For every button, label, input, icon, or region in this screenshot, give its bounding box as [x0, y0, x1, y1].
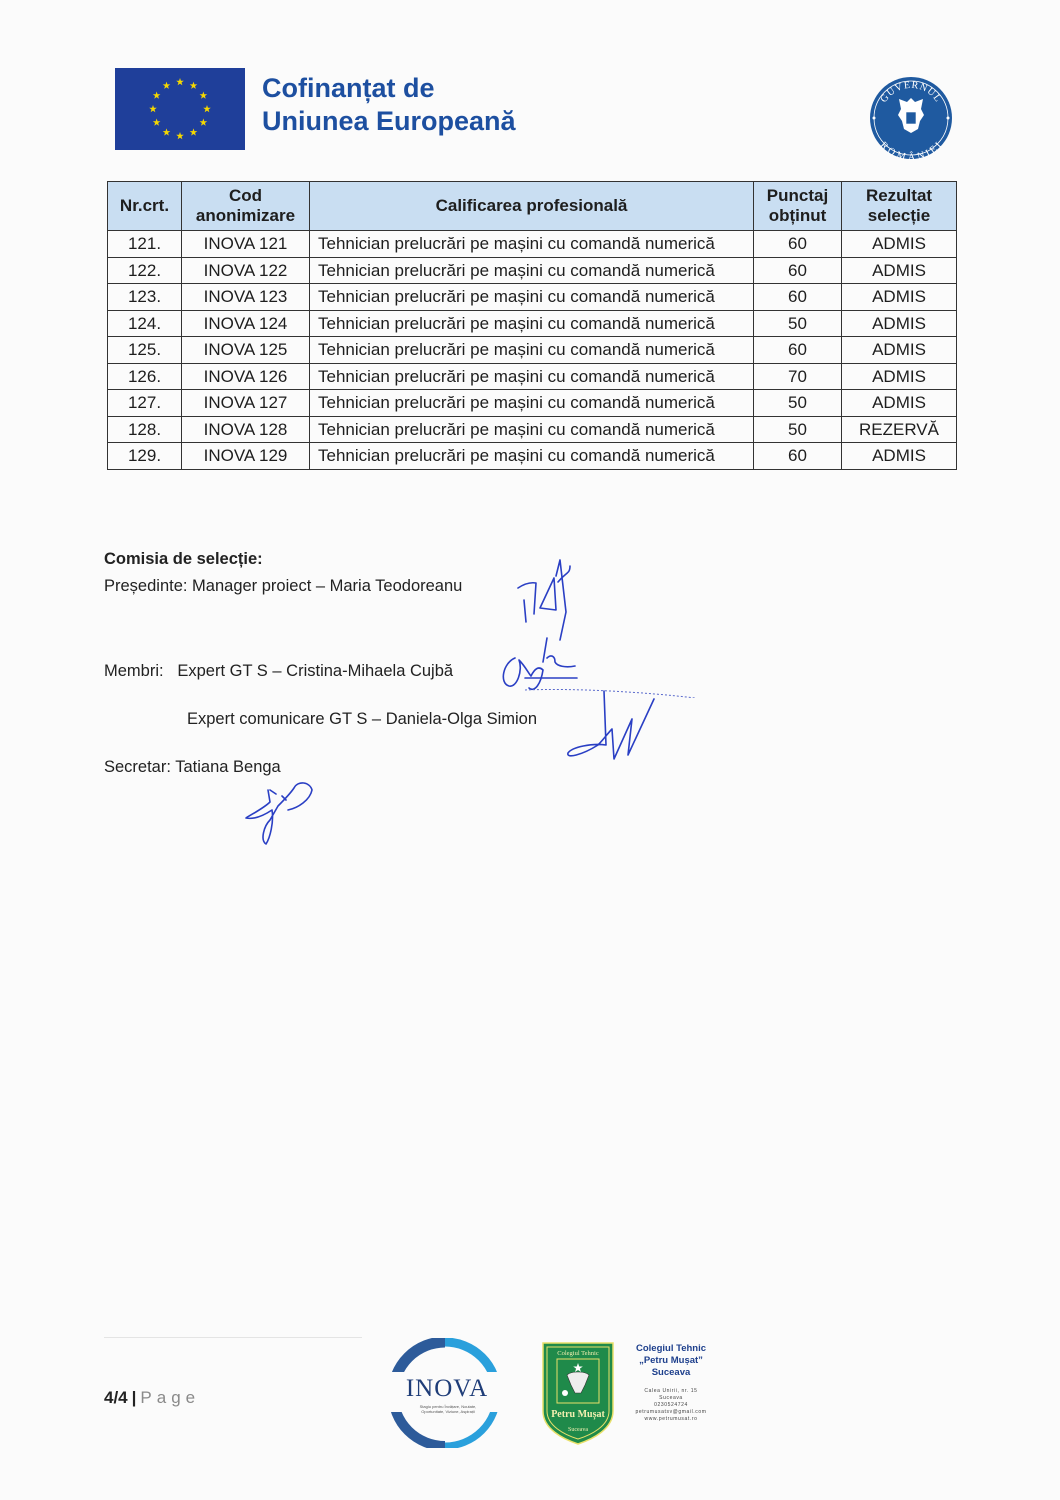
cell-nr: 125. [108, 337, 182, 364]
cell-punctaj: 50 [754, 416, 842, 443]
eu-stars-icon [115, 68, 245, 150]
cell-cod: INOVA 128 [182, 416, 310, 443]
cell-rezultat: REZERVĂ [842, 416, 957, 443]
school-name: Colegiul Tehnic „Petru Mușat” Suceava [628, 1343, 714, 1379]
header-rezultat: Rezultatselecție [842, 182, 957, 231]
cell-cod: INOVA 129 [182, 443, 310, 470]
cell-calificare: Tehnician prelucrări pe mașini cu comand… [310, 310, 754, 337]
table-row: 124.INOVA 124Tehnician prelucrări pe maș… [108, 310, 957, 337]
cell-rezultat: ADMIS [842, 257, 957, 284]
cell-cod: INOVA 126 [182, 363, 310, 390]
page-word: Page [140, 1388, 200, 1407]
table-row: 125.INOVA 125Tehnician prelucrări pe maș… [108, 337, 957, 364]
cell-punctaj: 50 [754, 390, 842, 417]
eu-text-line2: Uniunea Europeană [262, 105, 516, 138]
school-phone: 0230524724 [624, 1402, 718, 1409]
cell-nr: 129. [108, 443, 182, 470]
committee-member-1: Membri: Expert GT S – Cristina-Mihaela C… [104, 662, 453, 681]
cell-rezultat: ADMIS [842, 337, 957, 364]
page-current: 4/4 [104, 1388, 128, 1407]
cell-punctaj: 60 [754, 231, 842, 258]
cell-rezultat: ADMIS [842, 363, 957, 390]
cell-rezultat: ADMIS [842, 310, 957, 337]
cell-calificare: Tehnician prelucrări pe mașini cu comand… [310, 231, 754, 258]
cell-calificare: Tehnician prelucrări pe mașini cu comand… [310, 284, 754, 311]
eu-cofinancing-text: Cofinanțat de Uniunea Europeană [262, 72, 516, 138]
svg-text:Suceava: Suceava [568, 1427, 588, 1433]
table-row: 121.INOVA 121Tehnician prelucrări pe maș… [108, 231, 957, 258]
svg-text:Colegiul Tehnic: Colegiul Tehnic [557, 1350, 599, 1357]
footer-divider [104, 1337, 362, 1338]
page-separator: | [132, 1388, 137, 1407]
table-row: 122.INOVA 122Tehnician prelucrări pe maș… [108, 257, 957, 284]
cell-punctaj: 50 [754, 310, 842, 337]
cell-cod: INOVA 123 [182, 284, 310, 311]
header-cod: Codanonimizare [182, 182, 310, 231]
cell-cod: INOVA 124 [182, 310, 310, 337]
cell-nr: 126. [108, 363, 182, 390]
signature-member-2-icon [562, 685, 662, 765]
cell-punctaj: 60 [754, 257, 842, 284]
romanian-government-seal-icon: GUVERNUL ROMÂNIEI [857, 76, 965, 160]
cell-cod: INOVA 125 [182, 337, 310, 364]
table-row: 127.INOVA 127Tehnician prelucrări pe maș… [108, 390, 957, 417]
svg-text:Petru Mușat: Petru Mușat [551, 1409, 605, 1420]
table-row: 128.INOVA 128Tehnician prelucrări pe maș… [108, 416, 957, 443]
cell-nr: 121. [108, 231, 182, 258]
school-shield-logo-icon: Colegiul Tehnic Petru Mușat Suceava [541, 1341, 615, 1445]
school-contact-info: Calea Unirii, nr. 15 Suceava 0230524724 … [624, 1388, 718, 1423]
cell-calificare: Tehnician prelucrări pe mașini cu comand… [310, 363, 754, 390]
cell-punctaj: 60 [754, 337, 842, 364]
committee-title: Comisia de selecție: [104, 550, 263, 569]
table-row: 129.INOVA 129Tehnician prelucrări pe maș… [108, 443, 957, 470]
inova-tagline: Stagiu pentru Învățare, Noutate, Oportun… [408, 1404, 488, 1414]
cell-punctaj: 70 [754, 363, 842, 390]
cell-nr: 127. [108, 390, 182, 417]
school-city: Suceava [624, 1395, 718, 1402]
school-address: Calea Unirii, nr. 15 [624, 1388, 718, 1395]
cell-nr: 124. [108, 310, 182, 337]
school-email[interactable]: petrumusatsv@gmail.com [624, 1409, 718, 1416]
cell-nr: 123. [108, 284, 182, 311]
cell-calificare: Tehnician prelucrări pe mașini cu comand… [310, 443, 754, 470]
table-row: 126.INOVA 126Tehnician prelucrări pe maș… [108, 363, 957, 390]
cell-calificare: Tehnician prelucrări pe mașini cu comand… [310, 390, 754, 417]
header-punctaj: Punctajobținut [754, 182, 842, 231]
cell-nr: 122. [108, 257, 182, 284]
table-header-row: Nr.crt. Codanonimizare Calificarea profe… [108, 182, 957, 231]
cell-rezultat: ADMIS [842, 390, 957, 417]
selection-results-table: Nr.crt. Codanonimizare Calificarea profe… [107, 181, 957, 470]
eu-flag-logo [115, 68, 245, 150]
school-website[interactable]: www.petrumusat.ro [624, 1416, 718, 1423]
eu-text-line1: Cofinanțat de [262, 72, 516, 105]
inova-name: INOVA [405, 1375, 489, 1403]
table-row: 123.INOVA 123Tehnician prelucrări pe maș… [108, 284, 957, 311]
cell-rezultat: ADMIS [842, 231, 957, 258]
cell-cod: INOVA 127 [182, 390, 310, 417]
cell-cod: INOVA 121 [182, 231, 310, 258]
page-number: 4/4|Page [104, 1388, 200, 1408]
committee-member-2: Expert comunicare GT S – Daniela-Olga Si… [187, 710, 537, 729]
header-calificare: Calificarea profesională [310, 182, 754, 231]
cell-cod: INOVA 122 [182, 257, 310, 284]
signature-secretary-icon [240, 770, 320, 845]
cell-calificare: Tehnician prelucrări pe mașini cu comand… [310, 257, 754, 284]
header-nr: Nr.crt. [108, 182, 182, 231]
cell-punctaj: 60 [754, 443, 842, 470]
committee-president: Președinte: Manager proiect – Maria Teod… [104, 577, 462, 596]
cell-punctaj: 60 [754, 284, 842, 311]
cell-calificare: Tehnician prelucrări pe mașini cu comand… [310, 416, 754, 443]
cell-rezultat: ADMIS [842, 443, 957, 470]
cell-calificare: Tehnician prelucrări pe mașini cu comand… [310, 337, 754, 364]
cell-nr: 128. [108, 416, 182, 443]
cell-rezultat: ADMIS [842, 284, 957, 311]
